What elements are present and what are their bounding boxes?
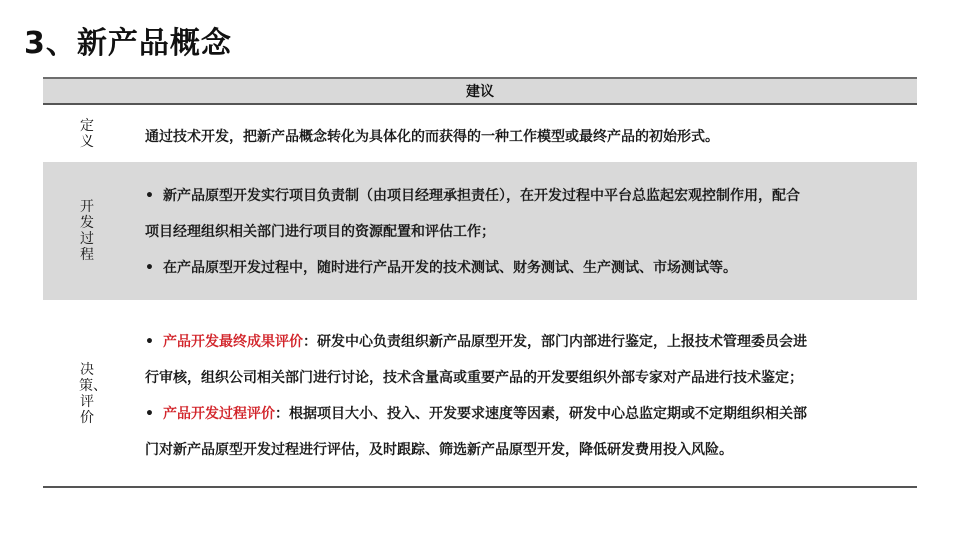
bullet-text: 新产品原型开发实行项目负责制（由项目经理承担责任），在开发过程中平台总监起宏观控… — [163, 188, 800, 204]
bullet-item: •在产品原型开发过程中，随时进行产品开发的技术测试、财务测试、生产测试、市场测试… — [145, 250, 903, 286]
bullet-continuation: 行审核，组织公司相关部门进行讨论，技术含量高或重要产品的开发要组织外部专家对产品… — [145, 360, 903, 396]
table-row-definition: 定义 通过技术开发，把新产品概念转化为具体化的而获得的一种工作模型或最终产品的初… — [43, 105, 917, 162]
bullet-continuation: 项目经理组织相关部门进行项目的资源配置和评估工作； — [145, 214, 903, 250]
highlight-term: 产品开发过程评价 — [163, 406, 275, 422]
row-content-cell: •产品开发最终成果评价：研发中心负责组织新产品原型开发，部门内部进行鉴定，上报技… — [131, 300, 917, 487]
row-label-definition: 定义 — [79, 118, 95, 150]
bullet-icon: • — [145, 178, 163, 214]
row-label-cell: 定义 — [43, 105, 131, 162]
table-bottom-rule — [43, 486, 917, 488]
header-label: 建议 — [466, 81, 494, 101]
row-content-cell: •新产品原型开发实行项目负责制（由项目经理承担责任），在开发过程中平台总监起宏观… — [131, 162, 917, 300]
definition-text: 通过技术开发，把新产品概念转化为具体化的而获得的一种工作模型或最终产品的初始形式… — [145, 119, 719, 155]
row-label-cell: 开发过程 — [43, 162, 131, 300]
bullet-text: ：根据项目大小、投入、开发要求速度等因素，研发中心总监定期或不定期组织相关部 — [275, 406, 807, 422]
concept-table: 建议 定义 通过技术开发，把新产品概念转化为具体化的而获得的一种工作模型或最终产… — [43, 77, 917, 487]
bullet-text: ：研发中心负责组织新产品原型开发，部门内部进行鉴定，上报技术管理委员会进 — [303, 334, 807, 350]
table-header: 建议 — [43, 77, 917, 105]
row-content-cell: 通过技术开发，把新产品概念转化为具体化的而获得的一种工作模型或最终产品的初始形式… — [131, 105, 917, 162]
bullet-item: •产品开发过程评价：根据项目大小、投入、开发要求速度等因素，研发中心总监定期或不… — [145, 396, 903, 432]
row-label-decision-evaluation: 决策、评价 — [79, 362, 95, 426]
bullet-text: 在产品原型开发过程中，随时进行产品开发的技术测试、财务测试、生产测试、市场测试等… — [163, 260, 737, 276]
highlight-term: 产品开发最终成果评价 — [163, 334, 303, 350]
table-row-decision-evaluation: 决策、评价 •产品开发最终成果评价：研发中心负责组织新产品原型开发，部门内部进行… — [43, 300, 917, 487]
row-label-cell: 决策、评价 — [43, 300, 131, 487]
table-row-development-process: 开发过程 •新产品原型开发实行项目负责制（由项目经理承担责任），在开发过程中平台… — [43, 162, 917, 300]
bullet-item: •产品开发最终成果评价：研发中心负责组织新产品原型开发，部门内部进行鉴定，上报技… — [145, 324, 903, 360]
bullet-icon: • — [145, 396, 163, 432]
bullet-item: •新产品原型开发实行项目负责制（由项目经理承担责任），在开发过程中平台总监起宏观… — [145, 178, 903, 214]
row-label-development-process: 开发过程 — [79, 199, 95, 263]
slide-title: 3、新产品概念 — [24, 18, 232, 62]
bullet-icon: • — [145, 250, 163, 286]
bullet-continuation: 门对新产品原型开发过程进行评估，及时跟踪、筛选新产品原型开发，降低研发费用投入风… — [145, 432, 903, 468]
bullet-icon: • — [145, 324, 163, 360]
